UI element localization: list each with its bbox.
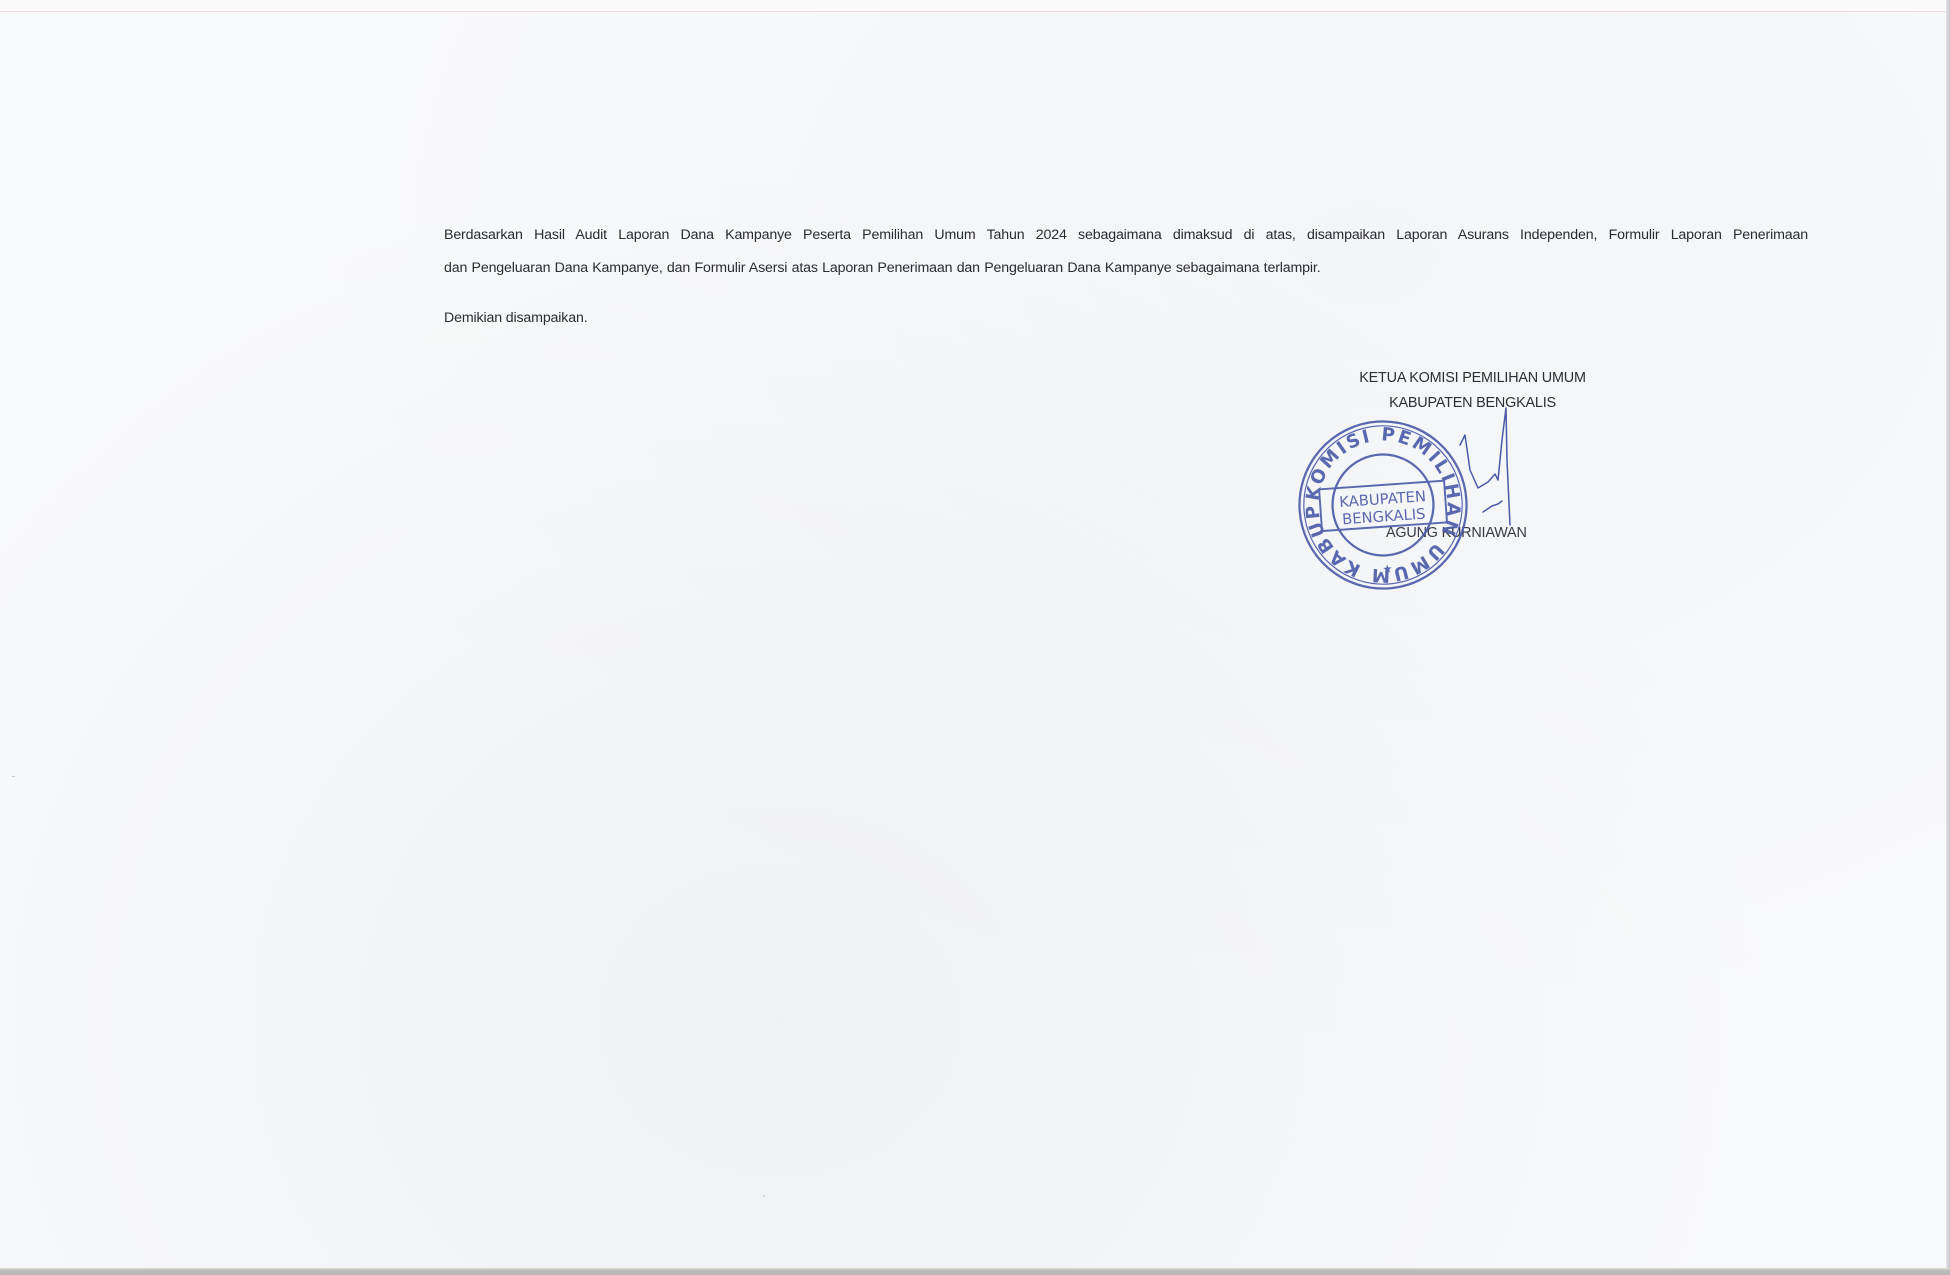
svg-text:★: ★ (1382, 563, 1393, 576)
handwritten-signature-icon (1440, 400, 1540, 540)
scan-speck (12, 776, 15, 777)
page-bottom-edge (0, 1268, 1950, 1275)
closing-line: Demikian disampaikan. (444, 305, 588, 331)
page-top-margin (0, 0, 1950, 11)
paragraph-line: dan Pengeluaran Dana Kampanye, dan Formu… (444, 255, 1814, 288)
page-right-edge (1946, 0, 1950, 1275)
paragraph-line: Berdasarkan Hasil Audit Laporan Dana Kam… (444, 222, 1808, 255)
body-paragraph: Berdasarkan Hasil Audit Laporan Dana Kam… (444, 222, 1814, 288)
page-top-edge (0, 11, 1950, 12)
scan-speck (763, 1195, 765, 1197)
scanned-page: Berdasarkan Hasil Audit Laporan Dana Kam… (0, 0, 1950, 1275)
signatory-title-line: KETUA KOMISI PEMILIHAN UMUM (1300, 366, 1645, 391)
